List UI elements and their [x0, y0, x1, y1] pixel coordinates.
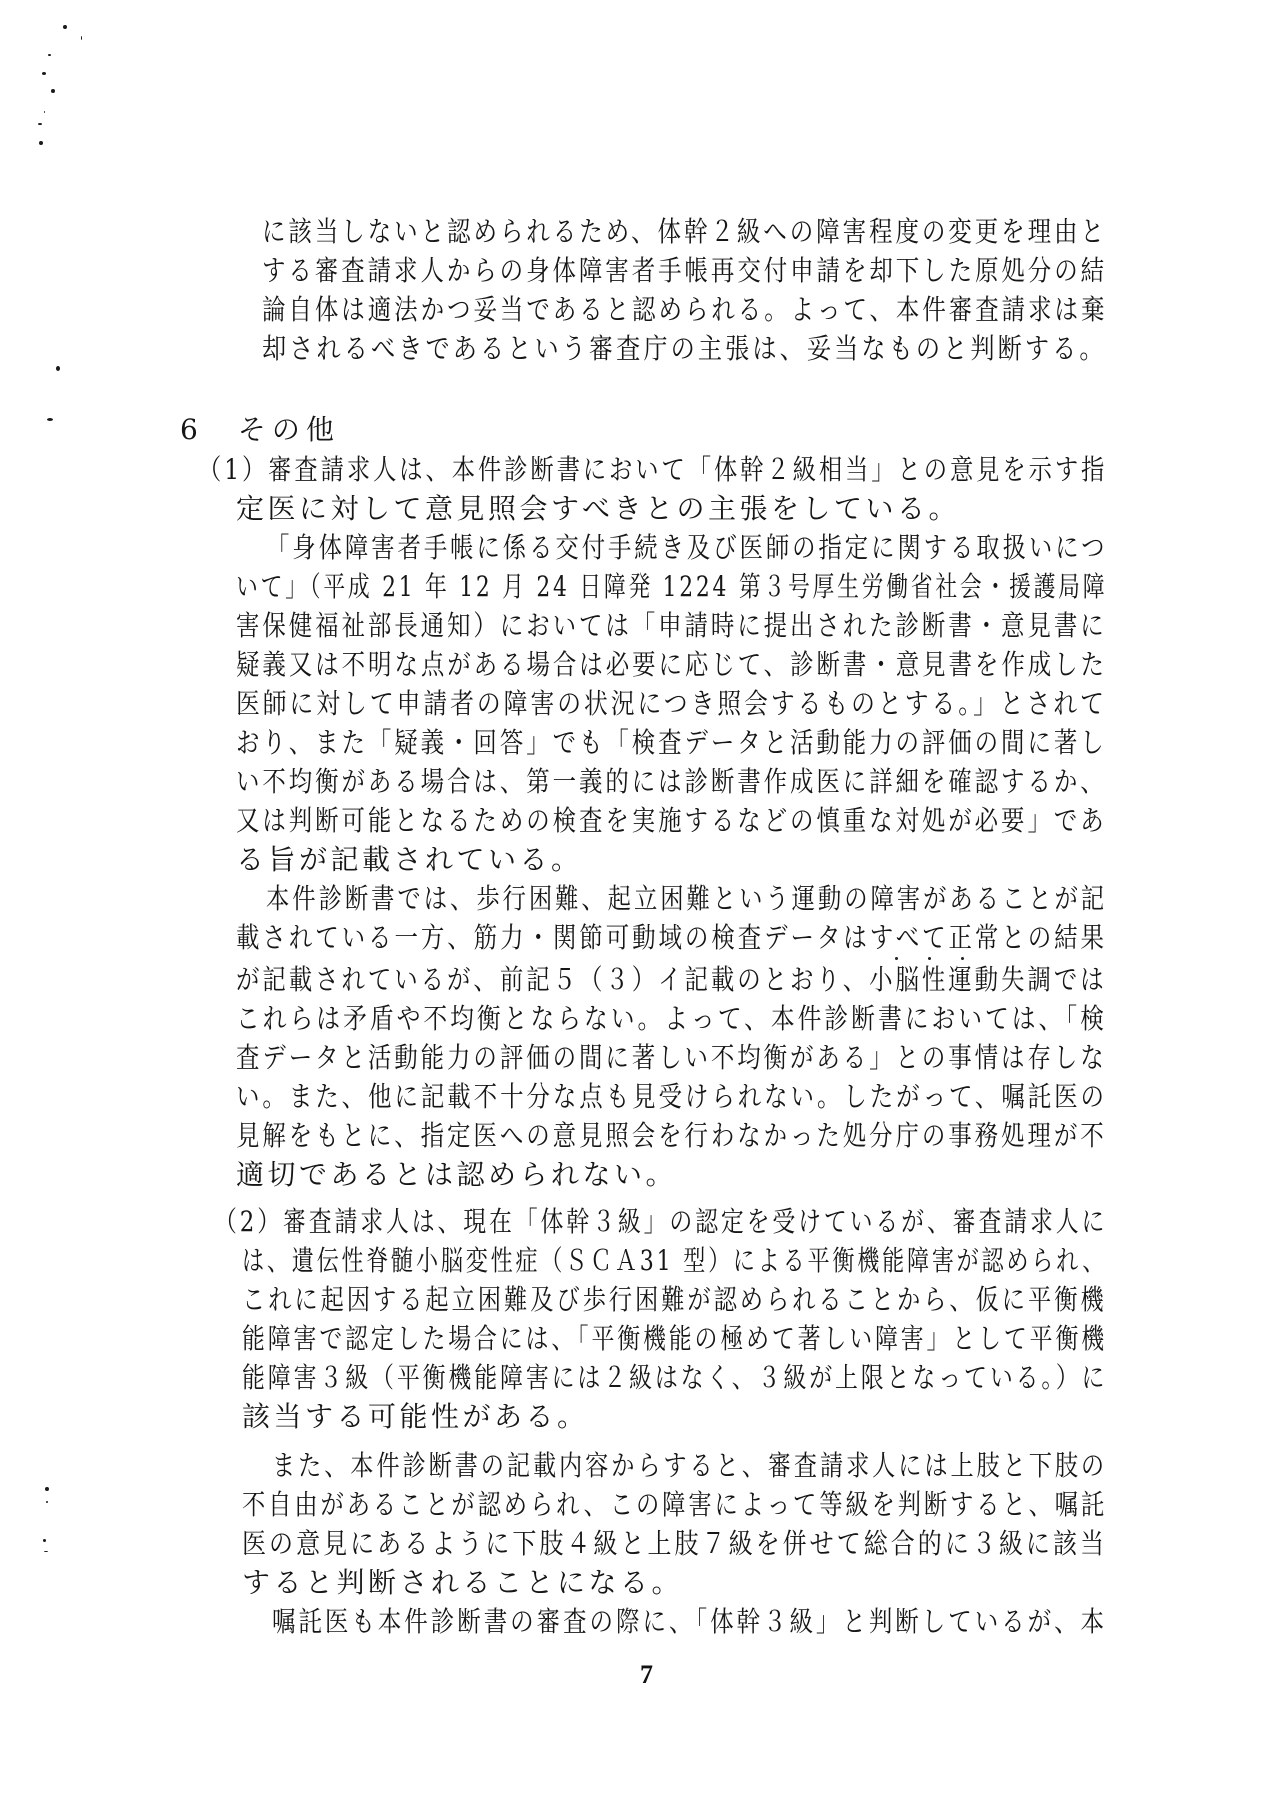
text-line: いて」（平成 21 年 12 月 24 日障発 1224 第３号厚生労働省社会・…: [236, 570, 1107, 604]
text-line: 見解をもとに、指定医への意見照会を行わなかった処分庁の事務処理が不: [236, 1119, 1107, 1153]
text-line: 却されるべきであるという審査庁の主張は、妥当なものと判断する。: [262, 332, 1107, 366]
scan-speck: [43, 1539, 46, 1542]
text-line: 能障害で認定した場合には、「平衡機能の極めて著しい障害」として平衡機: [242, 1322, 1107, 1356]
text-line: 医の意見にあるように下肢４級と上肢７級を併せて総合的に３級に該当: [242, 1527, 1107, 1561]
text-line: （2）審査請求人は、現在「体幹３級」の認定を受けているが、審査請求人に: [214, 1205, 1107, 1239]
text-line: おり、また「疑義・回答」でも「検査データと活動能力の評価の間に著し: [236, 726, 1107, 760]
scan-speck: [51, 89, 55, 93]
text-line: 又は判断可能となるための検査を実施するなどの慎重な対処が必要」であ: [236, 804, 1107, 838]
text-line: い。また、他に記載不十分な点も見受けられない。したがって、嘱託医の: [236, 1080, 1107, 1114]
text-line: 「身体障害者手帳に係る交付手続き及び医師の指定に関する取扱いにつ: [266, 531, 1107, 565]
text-line: 嘱託医も本件診断書の審査の際に、「体幹３級」と判断しているが、本: [272, 1605, 1107, 1639]
text-line: 定医に対して意見照会すべきとの主張をしている。: [236, 492, 960, 526]
text-line: 査データと活動能力の評価の間に著しい不均衡がある」との事情は存しな: [236, 1041, 1107, 1075]
scan-speck: [38, 123, 42, 125]
scan-speck: [48, 54, 51, 56]
text-line: また、本件診断書の記載内容からすると、審査請求人には上肢と下肢の: [272, 1449, 1107, 1483]
scan-speck: [44, 111, 45, 113]
text-line: 載されている一方、筋力・関節可動域の検査データはすべて正常との結果: [236, 921, 1107, 955]
scan-speck: [81, 36, 82, 40]
text-line: 害保健福祉部長通知）においては「申請時に提出された診断書・意見書に: [236, 609, 1107, 643]
text-line: 該当する可能性がある。: [242, 1400, 589, 1434]
emphasis-dot: [961, 957, 964, 960]
text-line: 適切であるとは認められない。: [236, 1158, 677, 1192]
scan-speck: [39, 141, 43, 145]
scan-speck: [63, 25, 67, 29]
scan-speck: [44, 1551, 48, 1552]
text-line: 医師に対して申請者の障害の状況につき照会するものとする。」とされて: [236, 687, 1107, 721]
text-line: すると判断されることになる。: [242, 1566, 683, 1600]
scan-speck: [47, 418, 53, 421]
text-line: 不自由があることが認められ、この障害によって等級を判断すると、嘱託: [242, 1488, 1107, 1522]
scan-speck: [45, 1487, 49, 1491]
section-heading: 6 その他: [180, 413, 340, 447]
scan-speck: [46, 1501, 48, 1503]
text-line: 疑義又は不明な点がある場合は必要に応じて、診断書・意見書を作成した: [236, 648, 1107, 682]
text-line: い不均衡がある場合は、第一義的には診断書作成医に詳細を確認するか、: [236, 765, 1107, 799]
text-line: が記載されているが、前記５（３）イ記載のとおり、小脳性運動失調では: [236, 963, 1107, 997]
text-line: る旨が記載されている。: [236, 843, 583, 877]
emphasis-dot: [895, 957, 898, 960]
text-line: これらは矛盾や不均衡とならない。よって、本件診断書においては、「検: [236, 1002, 1107, 1036]
emphasis-dot: [928, 957, 931, 960]
text-line: （1）審査請求人は、本件診断書において「体幹２級相当」との意見を示す指: [198, 453, 1107, 487]
page-number: 7: [640, 1660, 653, 1690]
document-page: に該当しないと認められるため、体幹２級への障害程度の変更を理由と する審査請求人…: [0, 0, 1280, 1816]
text-line: これに起因する起立困難及び歩行困難が認められることから、仮に平衡機: [242, 1283, 1107, 1317]
text-line: は、遺伝性脊髄小脳変性症（ＳＣＡ31 型）による平衡機能障害が認められ、: [242, 1244, 1107, 1278]
text-line: する審査請求人からの身体障害者手帳再交付申請を却下した原処分の結: [262, 254, 1107, 288]
text-line: に該当しないと認められるため、体幹２級への障害程度の変更を理由と: [262, 215, 1107, 249]
text-line: 本件診断書では、歩行困難、起立困難という運動の障害があることが記: [266, 882, 1107, 916]
scan-speck: [42, 72, 46, 75]
scan-speck: [56, 366, 60, 371]
text-line: 論自体は適法かつ妥当であると認められる。よって、本件審査請求は棄: [262, 293, 1107, 327]
text-line: 能障害３級（平衡機能障害には２級はなく、３級が上限となっている。）に: [242, 1361, 1107, 1395]
